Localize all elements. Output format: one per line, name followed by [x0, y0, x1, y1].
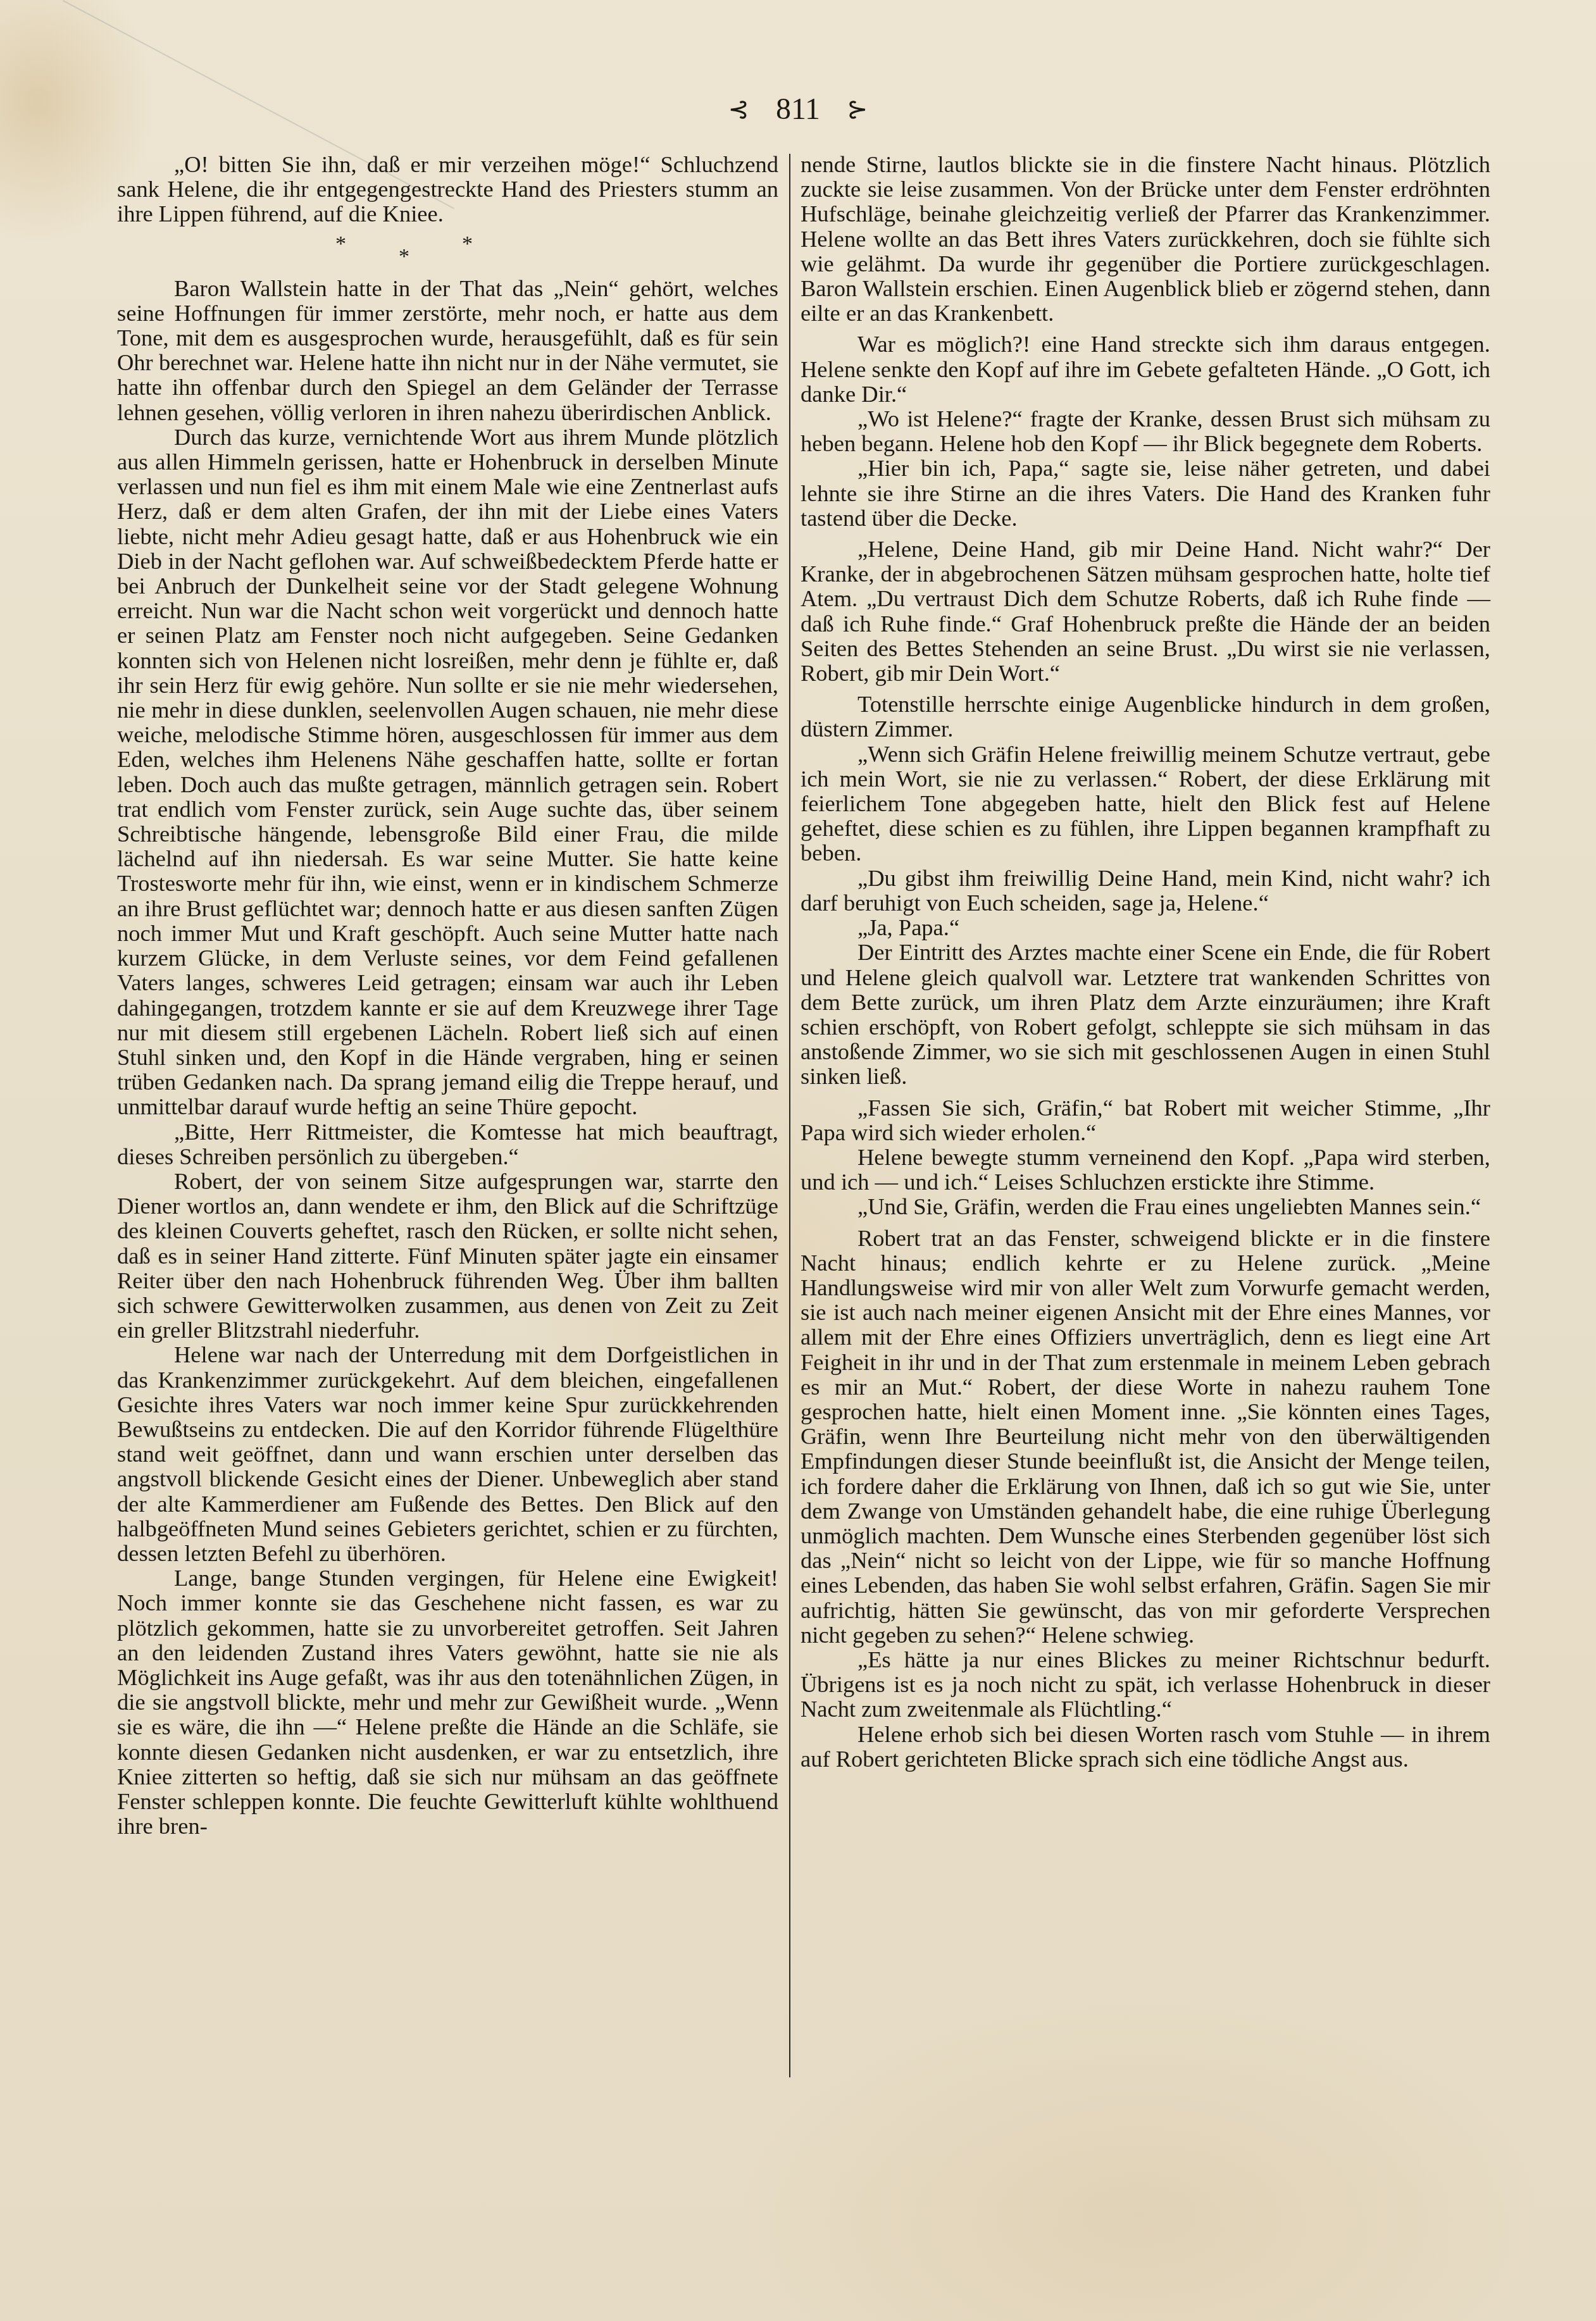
asterisk-icon: *	[399, 244, 409, 269]
paragraph: „Ja, Papa.“	[801, 915, 1490, 940]
paragraph: „Wenn sich Gräfin Helene freiwillig mein…	[801, 742, 1490, 866]
paragraph: „Fassen Sie sich, Gräfin,“ bat Robert mi…	[801, 1095, 1490, 1145]
paragraph: War es möglich?! eine Hand streckte sich…	[801, 332, 1490, 406]
paragraph: Robert, der von seinem Sitze aufgesprung…	[117, 1169, 778, 1342]
paragraph: „Es hätte ja nur eines Blickes zu meiner…	[801, 1647, 1490, 1722]
paragraph: Totenstille herrschte einige Augenblicke…	[801, 692, 1490, 741]
paragraph: „Du gibst ihm freiwillig Deine Hand, mei…	[801, 866, 1490, 915]
paragraph: „O! bitten Sie ihn, daß er mir verzeihen…	[117, 152, 778, 227]
section-separator: * * *	[117, 227, 778, 276]
paragraph: „Und Sie, Gräfin, werden die Frau eines …	[801, 1194, 1490, 1219]
paragraph: Der Eintritt des Arztes machte einer Sce…	[801, 940, 1490, 1088]
ornament-right-icon: ⊱	[847, 90, 868, 128]
paragraph: „Bitte, Herr Rittmeister, die Komtesse h…	[117, 1119, 778, 1169]
page-header: ⊰ 811 ⊱	[0, 89, 1596, 128]
asterisk-icon: *	[462, 232, 473, 256]
asterisk-icon: *	[335, 232, 346, 256]
paragraph: Helene bewegte stumm verneinend den Kopf…	[801, 1145, 1490, 1194]
paragraph: Robert trat an das Fenster, schweigend b…	[801, 1226, 1490, 1647]
column-divider	[789, 154, 790, 2077]
paragraph: Durch das kurze, vernichtende Wort aus i…	[117, 425, 778, 1119]
left-column: „O! bitten Sie ihn, daß er mir verzeihen…	[117, 152, 778, 1838]
paragraph: Helene war nach der Unterredung mit dem …	[117, 1342, 778, 1565]
paragraph: „Helene, Deine Hand, gib mir Deine Hand.…	[801, 537, 1490, 685]
right-column: nende Stirne, lautlos blickte sie in die…	[801, 152, 1490, 1771]
paragraph: „Hier bin ich, Papa,“ sagte sie, leise n…	[801, 456, 1490, 530]
ornament-left-icon: ⊰	[728, 90, 749, 128]
paragraph: nende Stirne, lautlos blickte sie in die…	[801, 152, 1490, 325]
paragraph: Lange, bange Stunden vergingen, für Hele…	[117, 1565, 778, 1838]
scanned-page: ⊰ 811 ⊱ „O! bitten Sie ihn, daß er mir v…	[0, 0, 1596, 2321]
paragraph: Helene erhob sich bei diesen Worten rasc…	[801, 1722, 1490, 1771]
paragraph: „Wo ist Helene?“ fragte der Kranke, dess…	[801, 406, 1490, 456]
page-number: 811	[776, 92, 820, 126]
paragraph: Baron Wallstein hatte in der That das „N…	[117, 276, 778, 425]
